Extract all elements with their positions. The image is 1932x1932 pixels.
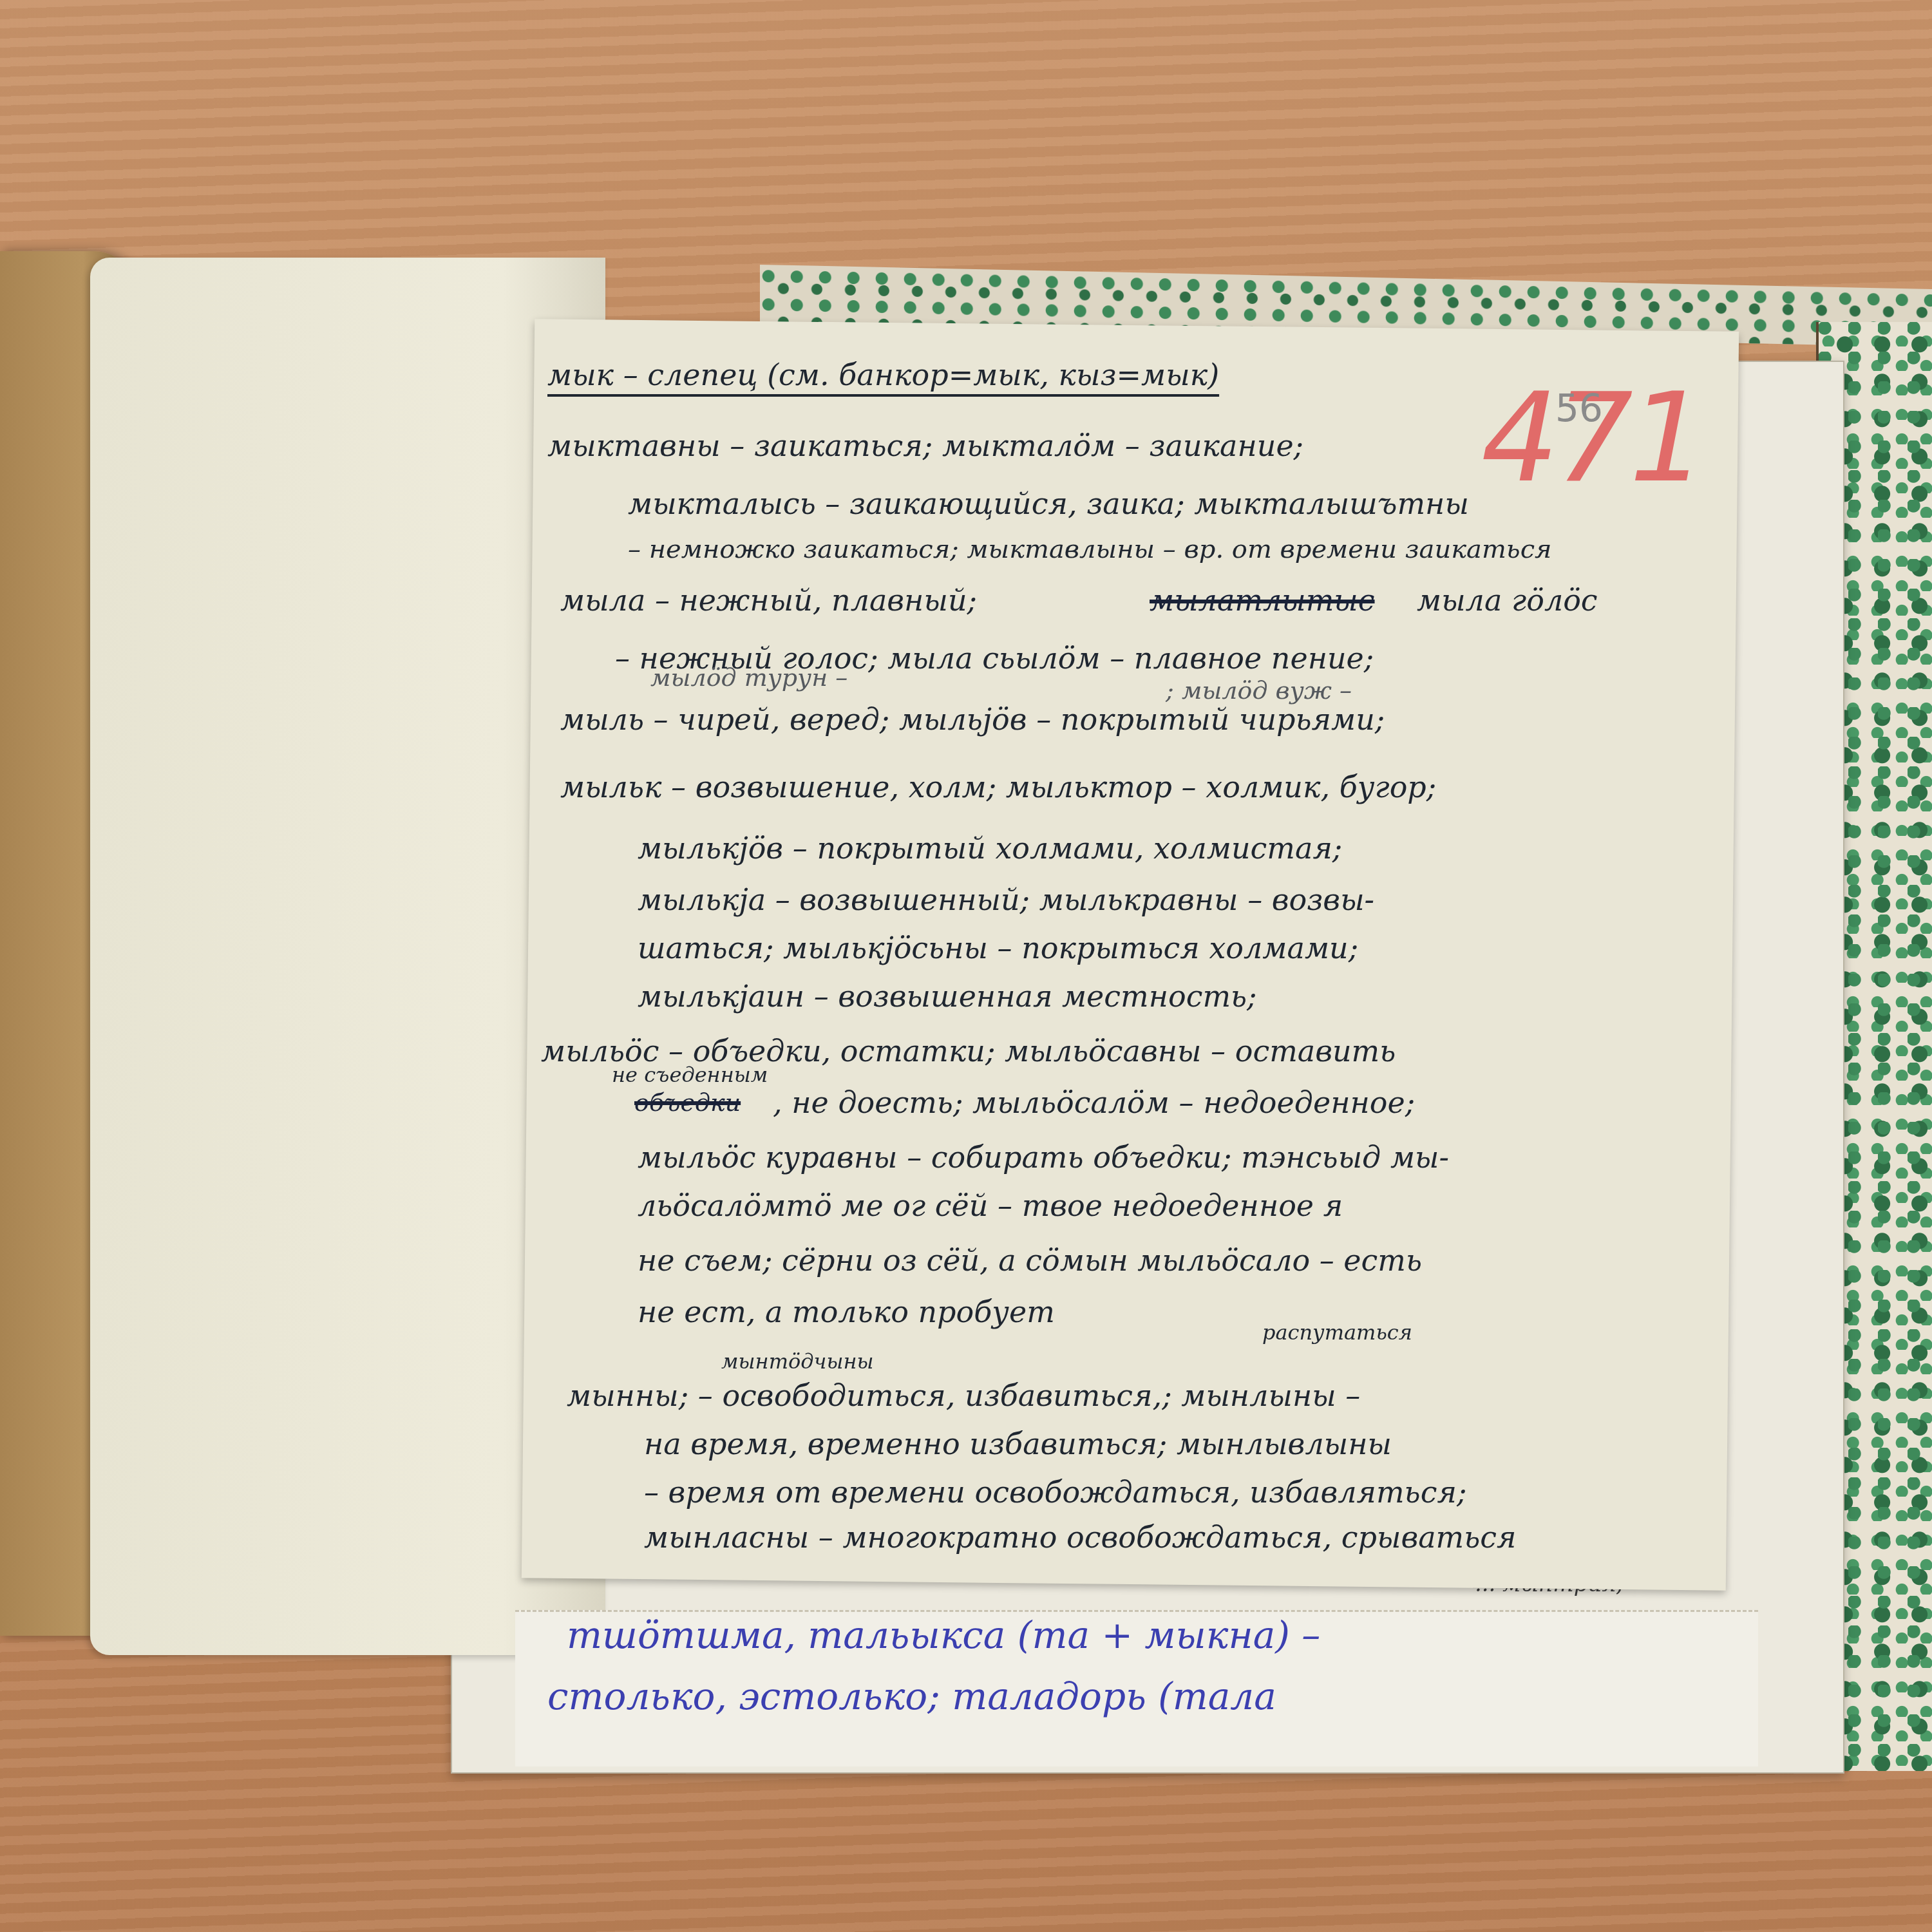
entry-line-pencil: мылöд турун – bbox=[650, 663, 848, 692]
entry-line: – немножко заикаться; мыктавлыны – вр. о… bbox=[628, 535, 1552, 564]
entry-line: мынны; – освободиться, избавиться,; мынл… bbox=[567, 1378, 1360, 1413]
entry-line: не съем; сёрни оз сёй, а сöмын мыльöсало… bbox=[638, 1243, 1422, 1278]
entry-line: на время, временно избавиться; мынлывлын… bbox=[644, 1426, 1392, 1461]
entry-line: мыкталысь – заикающийся, заика; мыкталыш… bbox=[628, 486, 1469, 521]
entry-line: мылькjа – возвышенный; мылькравны – возв… bbox=[638, 882, 1374, 917]
folio-number-pencil: 56 bbox=[1555, 386, 1603, 430]
underlying-line-1: тшӧтшма, тальыкса (та + мыкна) – bbox=[567, 1613, 1320, 1657]
entry-line: мынласны – многократно освобождаться, ср… bbox=[644, 1520, 1516, 1555]
struck-word: мылатлытыс bbox=[1150, 583, 1375, 618]
entry-line: мыльк – возвышение, холм; мыльктор – хол… bbox=[560, 770, 1436, 804]
entry-line: мылькjаин – возвышенная местность; bbox=[638, 979, 1257, 1014]
inserted-text: распутаться bbox=[1262, 1320, 1412, 1345]
entry-line: мылькjöв – покрытый холмами, холмистая; bbox=[638, 831, 1342, 866]
entry-line: , не доесть; мыльöсалöм – недоеденное; bbox=[773, 1085, 1415, 1120]
inserted-text: не съеденным bbox=[612, 1063, 768, 1087]
entry-line: – время от времени освобождаться, избавл… bbox=[644, 1475, 1466, 1510]
inserted-text: мынтöдчыны bbox=[721, 1349, 874, 1374]
entry-line: мыль – чирей, веред; мыльjöв – покрытый … bbox=[560, 702, 1385, 737]
entry-line-pencil: ; мылöд вуж – bbox=[1166, 676, 1352, 705]
entry-line: льöсалöмтö ме ог сёй – твое недоеденное … bbox=[638, 1188, 1343, 1223]
entry-line: мыла – нежный, плавный; bbox=[560, 583, 977, 618]
underlying-line-2: столько, эстолько; таладорь (тала bbox=[547, 1674, 1276, 1718]
entry-line: мык – слепец (см. банкор=мык, кыз=мык) bbox=[547, 357, 1219, 392]
entry-line: шаться; мылькjöсьны – покрыться холмами; bbox=[638, 931, 1358, 965]
entry-line: не ест, а только пробует bbox=[638, 1294, 1055, 1329]
entry-line: мыльöс куравны – собирать объедки; тэнсь… bbox=[638, 1140, 1449, 1175]
struck-word: объедки bbox=[634, 1088, 741, 1117]
entry-line: мыла гöлöс bbox=[1417, 583, 1598, 618]
entry-line: мыктавны – заикаться; мыкталöм – заикани… bbox=[547, 428, 1303, 463]
